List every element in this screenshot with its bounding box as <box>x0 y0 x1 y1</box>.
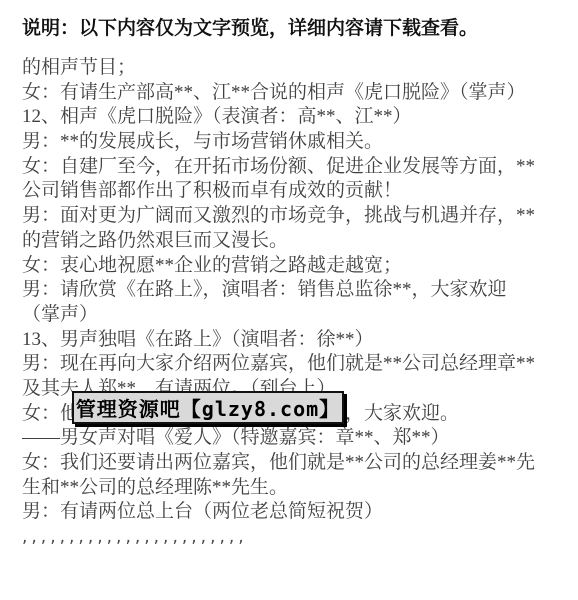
trailing-ellipsis-line: ,,,,,,,,,,,,,,,,,,,,,,,, <box>22 525 574 550</box>
text-line: 的相声节目； <box>22 56 574 81</box>
text-line: 生和**公司的总经理陈**先生。 <box>22 476 574 501</box>
watermark-box: 管理资源吧【glzy8.com】 <box>72 391 344 424</box>
text-line: 男：面对更为广阔而又激烈的市场竞争，挑战与机遇并存，** <box>22 204 574 229</box>
text-lines-after-watermark: ——男女声对唱《爱人》（特邀嘉宾：章**、郑**）女：我们还要请出两位嘉宾，他们… <box>22 426 574 525</box>
obscured-line-prefix: 女：他 <box>22 402 79 427</box>
text-line: 13、男声独唱《在路上》（演唱者：徐**） <box>22 328 574 353</box>
text-line: （掌声） <box>22 303 574 328</box>
text-line: 女：衷心地祝愿**企业的营销之路越走越宽； <box>22 254 574 279</box>
text-line: 女：自建厂至今，在开拓市场份额、促进企业发展等方面，** <box>22 155 574 180</box>
text-line: 的营销之路仍然艰巨而又漫长。 <box>22 229 574 254</box>
text-line: 男：有请两位总上台（两位老总简短祝贺） <box>22 500 574 525</box>
text-lines-before-watermark: 的相声节目；女：有请生产部高**、江**合说的相声《虎口脱险》（掌声）12、相声… <box>22 56 574 402</box>
document-preview: 的相声节目；女：有请生产部高**、江**合说的相声《虎口脱险》（掌声）12、相声… <box>22 56 574 550</box>
text-line: 公司销售部都作出了积极而卓有成效的贡献！ <box>22 179 574 204</box>
text-line: 女：我们还要请出两位嘉宾，他们就是**公司的总经理姜**先 <box>22 451 574 476</box>
text-line: 男：现在再向大家介绍两位嘉宾，他们就是**公司总经理章** <box>22 352 574 377</box>
text-line: 男：请欣赏《在路上》，演唱者：销售总监徐**，大家欢迎 <box>22 278 574 303</box>
text-line: 女：有请生产部高**、江**合说的相声《虎口脱险》（掌声） <box>22 81 574 106</box>
text-line: 12、相声《虎口脱险》（表演者：高**、江**） <box>22 105 574 130</box>
text-line: 男：**的发展成长，与市场营销休戚相关。 <box>22 130 574 155</box>
watermark-text: 管理资源吧【glzy8.com】 <box>76 393 340 422</box>
text-line: ——男女声对唱《爱人》（特邀嘉宾：章**、郑**） <box>22 426 574 451</box>
preview-notice: 说明：以下内容仅为文字预览，详细内容请下载查看。 <box>22 16 478 42</box>
obscured-line-suffix: ，大家欢迎。 <box>345 402 459 427</box>
preview-page: 说明：以下内容仅为文字预览，详细内容请下载查看。 的相声节目；女：有请生产部高*… <box>0 0 578 600</box>
